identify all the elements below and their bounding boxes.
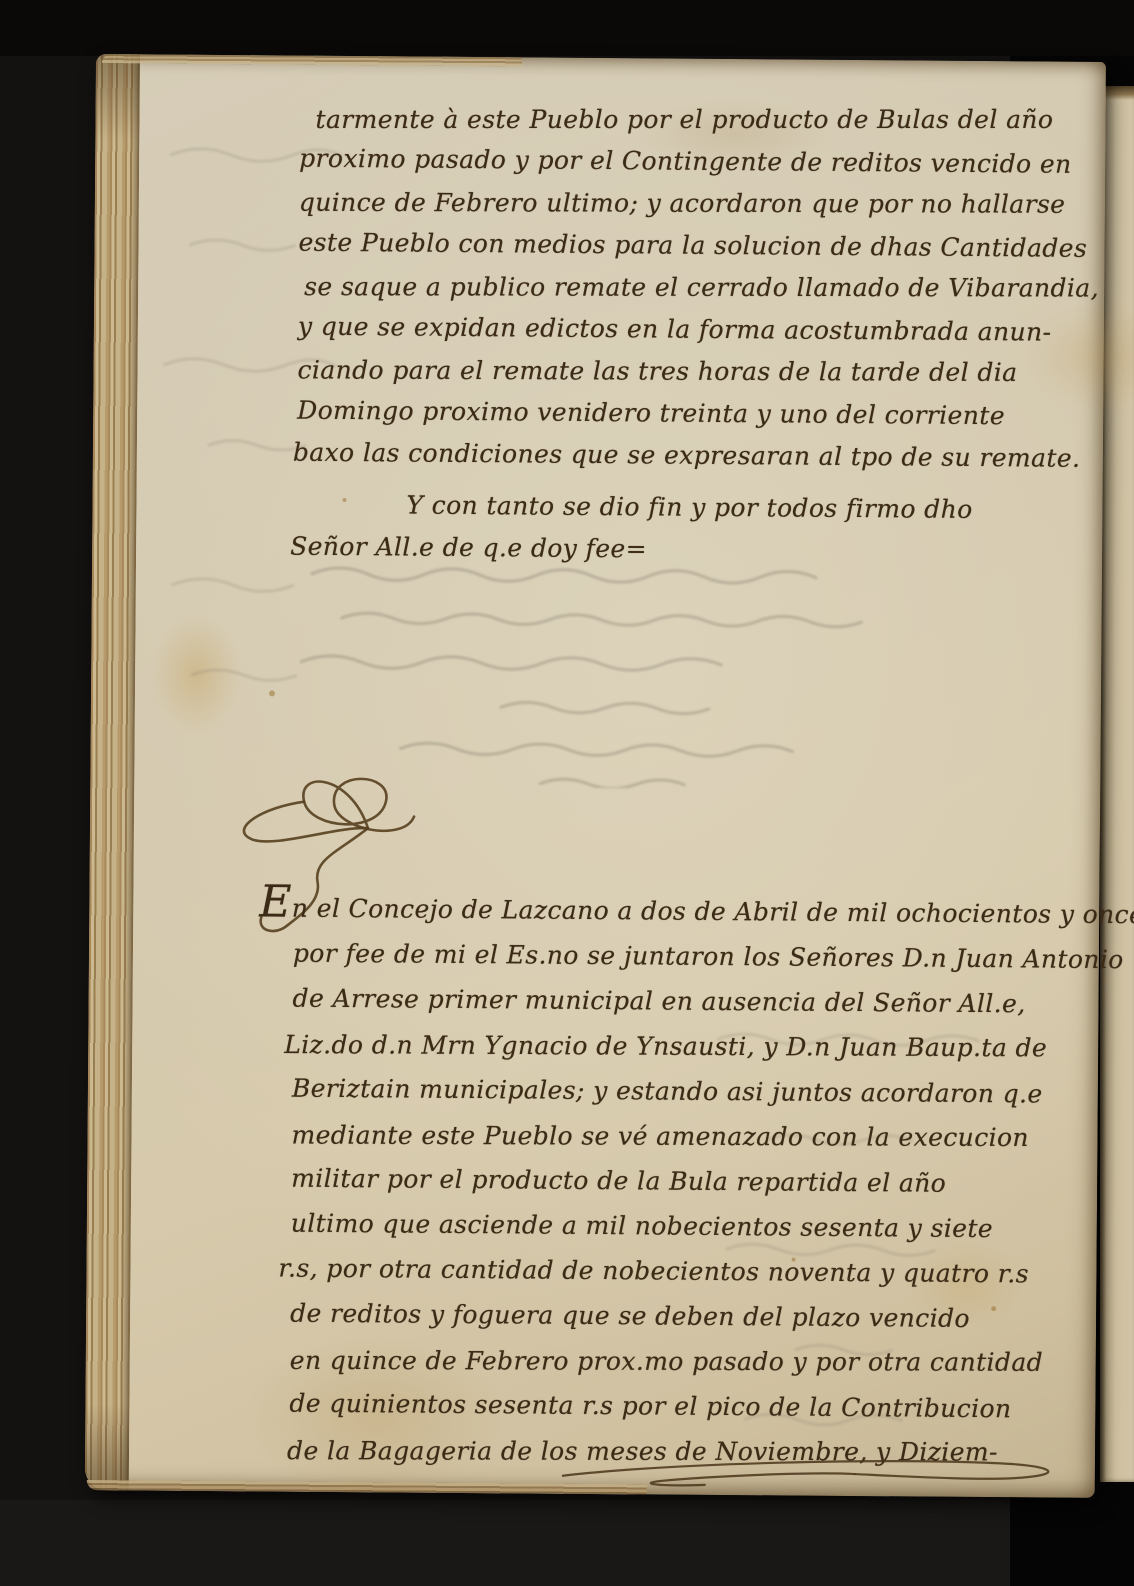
manuscript-line: baxo las condiciones que se expresaran a…: [293, 432, 1098, 480]
manuscript-page: tarmente à este Pueblo por el producto d…: [85, 54, 1106, 1498]
manuscript-line: y que se expidan edictos en la forma aco…: [298, 306, 1099, 354]
act1-closing-block: Y con tanto se dio fin y por todos firmo…: [296, 484, 973, 573]
manuscript-line: de Arrese primer municipal en ausencia d…: [292, 976, 1134, 1028]
manuscript-line: Y con tanto se dio fin y por todos firmo…: [406, 484, 972, 530]
manuscript-line: este Pueblo con medios para la solucion …: [298, 222, 1099, 270]
manuscript-photo: tarmente à este Pueblo por el producto d…: [0, 0, 1134, 1586]
manuscript-line: mediante este Pueblo se vé amenazado con…: [291, 1112, 1134, 1160]
manuscript-line: Beriztain municipales; y estando asi jun…: [292, 1066, 1134, 1118]
act1-text-block: tarmente à este Pueblo por el producto d…: [297, 96, 1101, 480]
manuscript-line: se saque a publico remate el cerrado lla…: [304, 266, 1099, 309]
manuscript-line: En el Concejo de Lazcano a dos de Abril …: [259, 879, 1134, 937]
book-binding-edges: [85, 54, 140, 1490]
manuscript-line: Liz.do d.n Mrn Ygnacio de Ynsausti, y D.…: [284, 1022, 1134, 1071]
backdrop-bottom-left: [0, 1500, 1010, 1586]
manuscript-line: tarmente à este Pueblo por el producto d…: [316, 99, 1101, 141]
manuscript-line: proximo pasado y por el Contingente de r…: [299, 138, 1100, 186]
manuscript-line: en quince de Febrero prox.mo pasado y po…: [290, 1338, 1134, 1385]
manuscript-line: militar por el producto de la Bula repar…: [291, 1156, 1134, 1208]
manuscript-line: Señor All.e de q.e doy fee=: [290, 526, 972, 573]
backdrop-top: [0, 0, 1134, 56]
manuscript-line: quince de Febrero ultimo; y acordaron qu…: [299, 182, 1100, 226]
manuscript-line: por fee de mi el Es.no se juntaron los S…: [293, 931, 1134, 983]
manuscript-line: de quinientos sesenta r.s por el pico de…: [289, 1381, 1134, 1433]
manuscript-line: Domingo proximo venidero treinta y uno d…: [297, 390, 1098, 438]
manuscript-line: r.s, por otra cantidad de nobecientos no…: [278, 1246, 1134, 1298]
page-top-edge: [102, 54, 522, 66]
act2-text-block: En el Concejo de Lazcano a dos de Abril …: [289, 880, 1134, 1478]
line-filler-flourish-icon: [555, 1446, 1085, 1496]
manuscript-line: ultimo que asciende a mil nobecientos se…: [291, 1201, 1134, 1253]
manuscript-line: ciando para el remate las tres horas de …: [297, 349, 1098, 394]
manuscript-line: de reditos y foguera que se deben del pl…: [290, 1291, 1134, 1343]
